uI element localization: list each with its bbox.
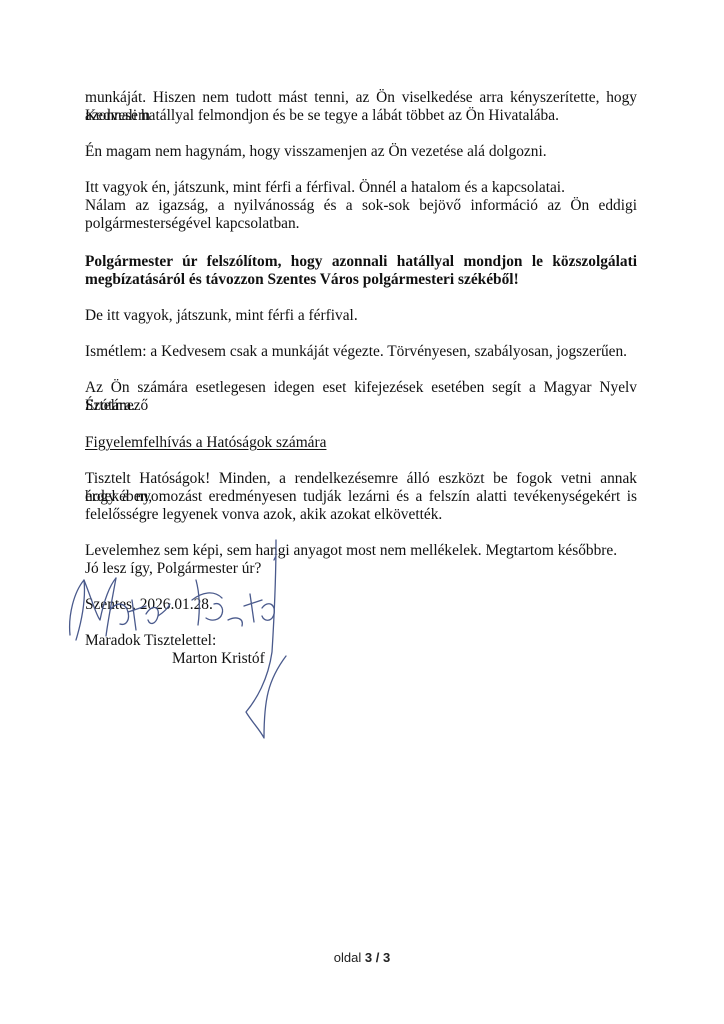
page-footer: oldal 3 / 3 <box>0 949 724 967</box>
paragraph-line: De itt vagyok, játszunk, mint férfi a fé… <box>85 307 637 325</box>
paragraph-line: Levelemhez sem képi, sem hangi anyagot m… <box>85 542 637 560</box>
place-date: Szentes, 2026.01.28. <box>85 596 637 614</box>
demand-line: Polgármester úr felszólítom, hogy azonna… <box>85 253 637 271</box>
paragraph-line: hogy a nyomozást eredményesen tudják lez… <box>85 488 637 506</box>
page-separator: / <box>376 950 380 965</box>
closing-salutation: Maradok Tisztelettel: <box>85 632 637 650</box>
paragraph-line: Jó lesz így, Polgármester úr? <box>85 560 637 578</box>
current-page: 3 <box>365 950 372 965</box>
paragraph-line: Ismétlem: a Kedvesem csak a munkáját vég… <box>85 343 637 361</box>
total-pages: 3 <box>383 950 390 965</box>
paragraph-line: Itt vagyok én, játszunk, mint férfi a fé… <box>85 179 637 197</box>
signer-name: Marton Kristóf <box>172 650 724 668</box>
paragraph-line: Nálam az igazság, a nyilvánosság és a so… <box>85 197 637 215</box>
paragraph-line: felelősségre legyenek vonva azok, akik a… <box>85 506 637 524</box>
paragraph-line: Szótára. <box>85 397 637 415</box>
demand-line: megbízatásáról és távozzon Szentes Város… <box>85 271 637 289</box>
page-label: oldal <box>334 950 361 965</box>
section-heading: Figyelemfelhívás a Hatóságok számára <box>85 434 637 452</box>
document-page: munkáját. Hiszen nem tudott mást tenni, … <box>0 0 724 1024</box>
paragraph-line: Én magam nem hagynám, hogy visszamenjen … <box>85 143 637 161</box>
paragraph-line: azonnali hatállyal felmondjon és be se t… <box>85 107 637 125</box>
paragraph-line: polgármesterségével kapcsolatban. <box>85 215 637 233</box>
